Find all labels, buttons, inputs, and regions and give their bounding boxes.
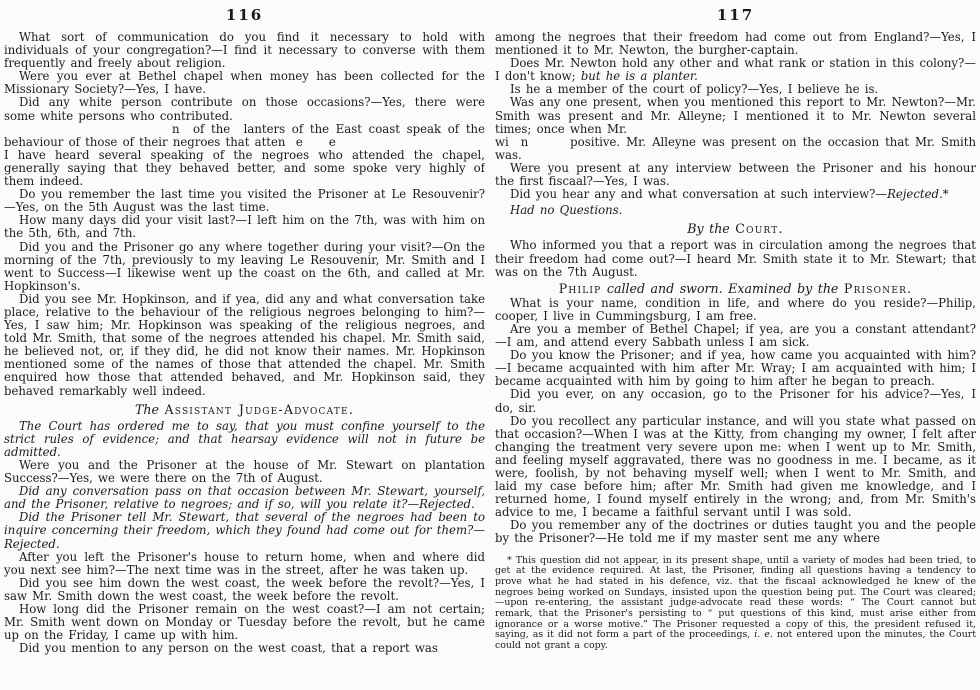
text-segment: Were you present at any interview betwee… xyxy=(495,161,976,188)
text-segment: Had no Questions. xyxy=(510,203,622,217)
text-segment: Assistant Judge-Advocate. xyxy=(164,402,354,417)
text-segment: Prisoner. xyxy=(844,281,912,296)
paragraph: Did any conversation pass on that occasi… xyxy=(4,485,485,511)
page-117: 117 among the negroes that their freedom… xyxy=(495,2,976,690)
paragraph: Did you and the Prisoner go any where to… xyxy=(4,241,485,293)
text-segment: Were you and the Prisoner at the house o… xyxy=(4,458,485,485)
text-segment: Did you mention to any person on the wes… xyxy=(19,641,438,655)
section-heading: By the Court. xyxy=(495,222,976,235)
paragraph: wi n positive. Mr. Alleyne was present o… xyxy=(495,136,976,162)
paragraph: Were you and the Prisoner at the house o… xyxy=(4,459,485,485)
book-spread: 116 What sort of communication do you fi… xyxy=(0,0,980,690)
page-body-right: among the negroes that their freedom had… xyxy=(495,31,976,652)
paragraph: Had no Questions. xyxy=(495,204,976,217)
text-segment: Do you know the Prisoner; and if yea, ho… xyxy=(495,348,976,388)
text-segment: Did you hear any and what conversation a… xyxy=(510,187,887,201)
paragraph: What sort of communication do you find i… xyxy=(4,31,485,70)
text-segment: Do you recollect any particular instance… xyxy=(495,414,976,520)
text-segment: Did you see Mr. Hopkinson, and if yea, d… xyxy=(4,292,485,398)
paragraph: Do you remember the last time you visite… xyxy=(4,188,485,214)
footnote: * This question did not appear, in its p… xyxy=(495,556,976,652)
text-segment: Philip xyxy=(559,281,602,296)
text-segment: Did you ever, on any occasion, go to the… xyxy=(495,387,976,414)
text-segment: What is your name, condition in life, an… xyxy=(495,296,976,323)
text-segment: How long did the Prisoner remain on the … xyxy=(4,602,485,642)
page-number-right: 117 xyxy=(495,6,976,24)
text-segment: Rejected.* xyxy=(887,187,948,201)
text-segment: Did you see him down the west coast, the… xyxy=(4,576,485,603)
paragraph: Did you hear any and what conversation a… xyxy=(495,188,976,201)
text-segment: Who informed you that a report was in ci… xyxy=(495,238,976,278)
paragraph: I have heard several speaking of the neg… xyxy=(4,149,485,188)
text-segment: How many days did your visit last?—I lef… xyxy=(4,213,485,240)
page-number-left: 116 xyxy=(4,6,485,24)
text-segment: * This question did not appear, in its p… xyxy=(495,555,976,641)
text-segment: n of the lanters of the East coast speak… xyxy=(4,122,485,149)
paragraph: Do you remember any of the doctrines or … xyxy=(495,519,976,545)
paragraph: Are you a member of Bethel Chapel; if ye… xyxy=(495,323,976,349)
text-segment: I have heard several speaking of the neg… xyxy=(4,148,485,188)
paragraph: How long did the Prisoner remain on the … xyxy=(4,603,485,642)
paragraph: How many days did your visit last?—I lef… xyxy=(4,214,485,240)
paragraph: Who informed you that a report was in ci… xyxy=(495,239,976,278)
text-segment: Is he a member of the court of policy?—Y… xyxy=(510,82,878,96)
text-segment: By the xyxy=(687,221,735,236)
text-segment: Did any conversation pass on that occasi… xyxy=(4,484,485,511)
paragraph: Do you know the Prisoner; and if yea, ho… xyxy=(495,349,976,388)
text-segment: Court. xyxy=(735,221,783,236)
text-segment: Did any white person contribute on those… xyxy=(4,95,485,122)
text-segment: Do you remember any of the doctrines or … xyxy=(495,518,976,545)
paragraph: Did you see Mr. Hopkinson, and if yea, d… xyxy=(4,293,485,398)
paragraph: Did you ever, on any occasion, go to the… xyxy=(495,388,976,414)
paragraph: What is your name, condition in life, an… xyxy=(495,297,976,323)
text-segment: Did you and the Prisoner go any where to… xyxy=(4,240,485,293)
text-segment: Are you a member of Bethel Chapel; if ye… xyxy=(495,322,976,349)
text-segment: Do you remember the last time you visite… xyxy=(4,187,485,214)
paragraph: Did any white person contribute on those… xyxy=(4,96,485,122)
text-segment: After you left the Prisoner's house to r… xyxy=(4,550,485,577)
text-segment: Did the Prisoner tell Mr. Stewart, that … xyxy=(4,510,485,550)
text-segment: The xyxy=(135,402,164,417)
text-segment: but he is a planter. xyxy=(581,69,698,83)
page-116: 116 What sort of communication do you fi… xyxy=(4,2,485,690)
paragraph: After you left the Prisoner's house to r… xyxy=(4,551,485,577)
paragraph: Were you ever at Bethel chapel when mone… xyxy=(4,70,485,96)
text-segment: Does Mr. Newton hold any other and what … xyxy=(495,56,976,83)
paragraph: among the negroes that their freedom had… xyxy=(495,31,976,57)
text-segment: Were you ever at Bethel chapel when mone… xyxy=(4,69,485,96)
text-segment: What sort of communication do you find i… xyxy=(4,30,485,70)
text-segment: i. e. xyxy=(754,629,773,640)
section-heading: Philip called and sworn. Examined by the… xyxy=(495,282,976,295)
paragraph: Were you present at any interview betwee… xyxy=(495,162,976,188)
text-segment: called and sworn. Examined by the xyxy=(601,281,844,296)
text-segment: The Court has ordered me to say, that yo… xyxy=(4,419,485,459)
paragraph: Does Mr. Newton hold any other and what … xyxy=(495,57,976,83)
paragraph: Was any one present, when you mentioned … xyxy=(495,96,976,135)
paragraph: Did the Prisoner tell Mr. Stewart, that … xyxy=(4,511,485,550)
text-segment: wi n positive. Mr. Alleyne was present o… xyxy=(495,135,976,162)
paragraph: Did you mention to any person on the wes… xyxy=(4,642,485,655)
page-body-left: What sort of communication do you find i… xyxy=(4,31,485,655)
text-segment: Was any one present, when you mentioned … xyxy=(495,95,976,135)
paragraph: Do you recollect any particular instance… xyxy=(495,415,976,520)
paragraph: Did you see him down the west coast, the… xyxy=(4,577,485,603)
paragraph: The Court has ordered me to say, that yo… xyxy=(4,420,485,459)
text-segment: among the negroes that their freedom had… xyxy=(495,30,976,57)
paragraph: n of the lanters of the East coast speak… xyxy=(4,123,485,149)
section-heading: The Assistant Judge-Advocate. xyxy=(4,403,485,416)
